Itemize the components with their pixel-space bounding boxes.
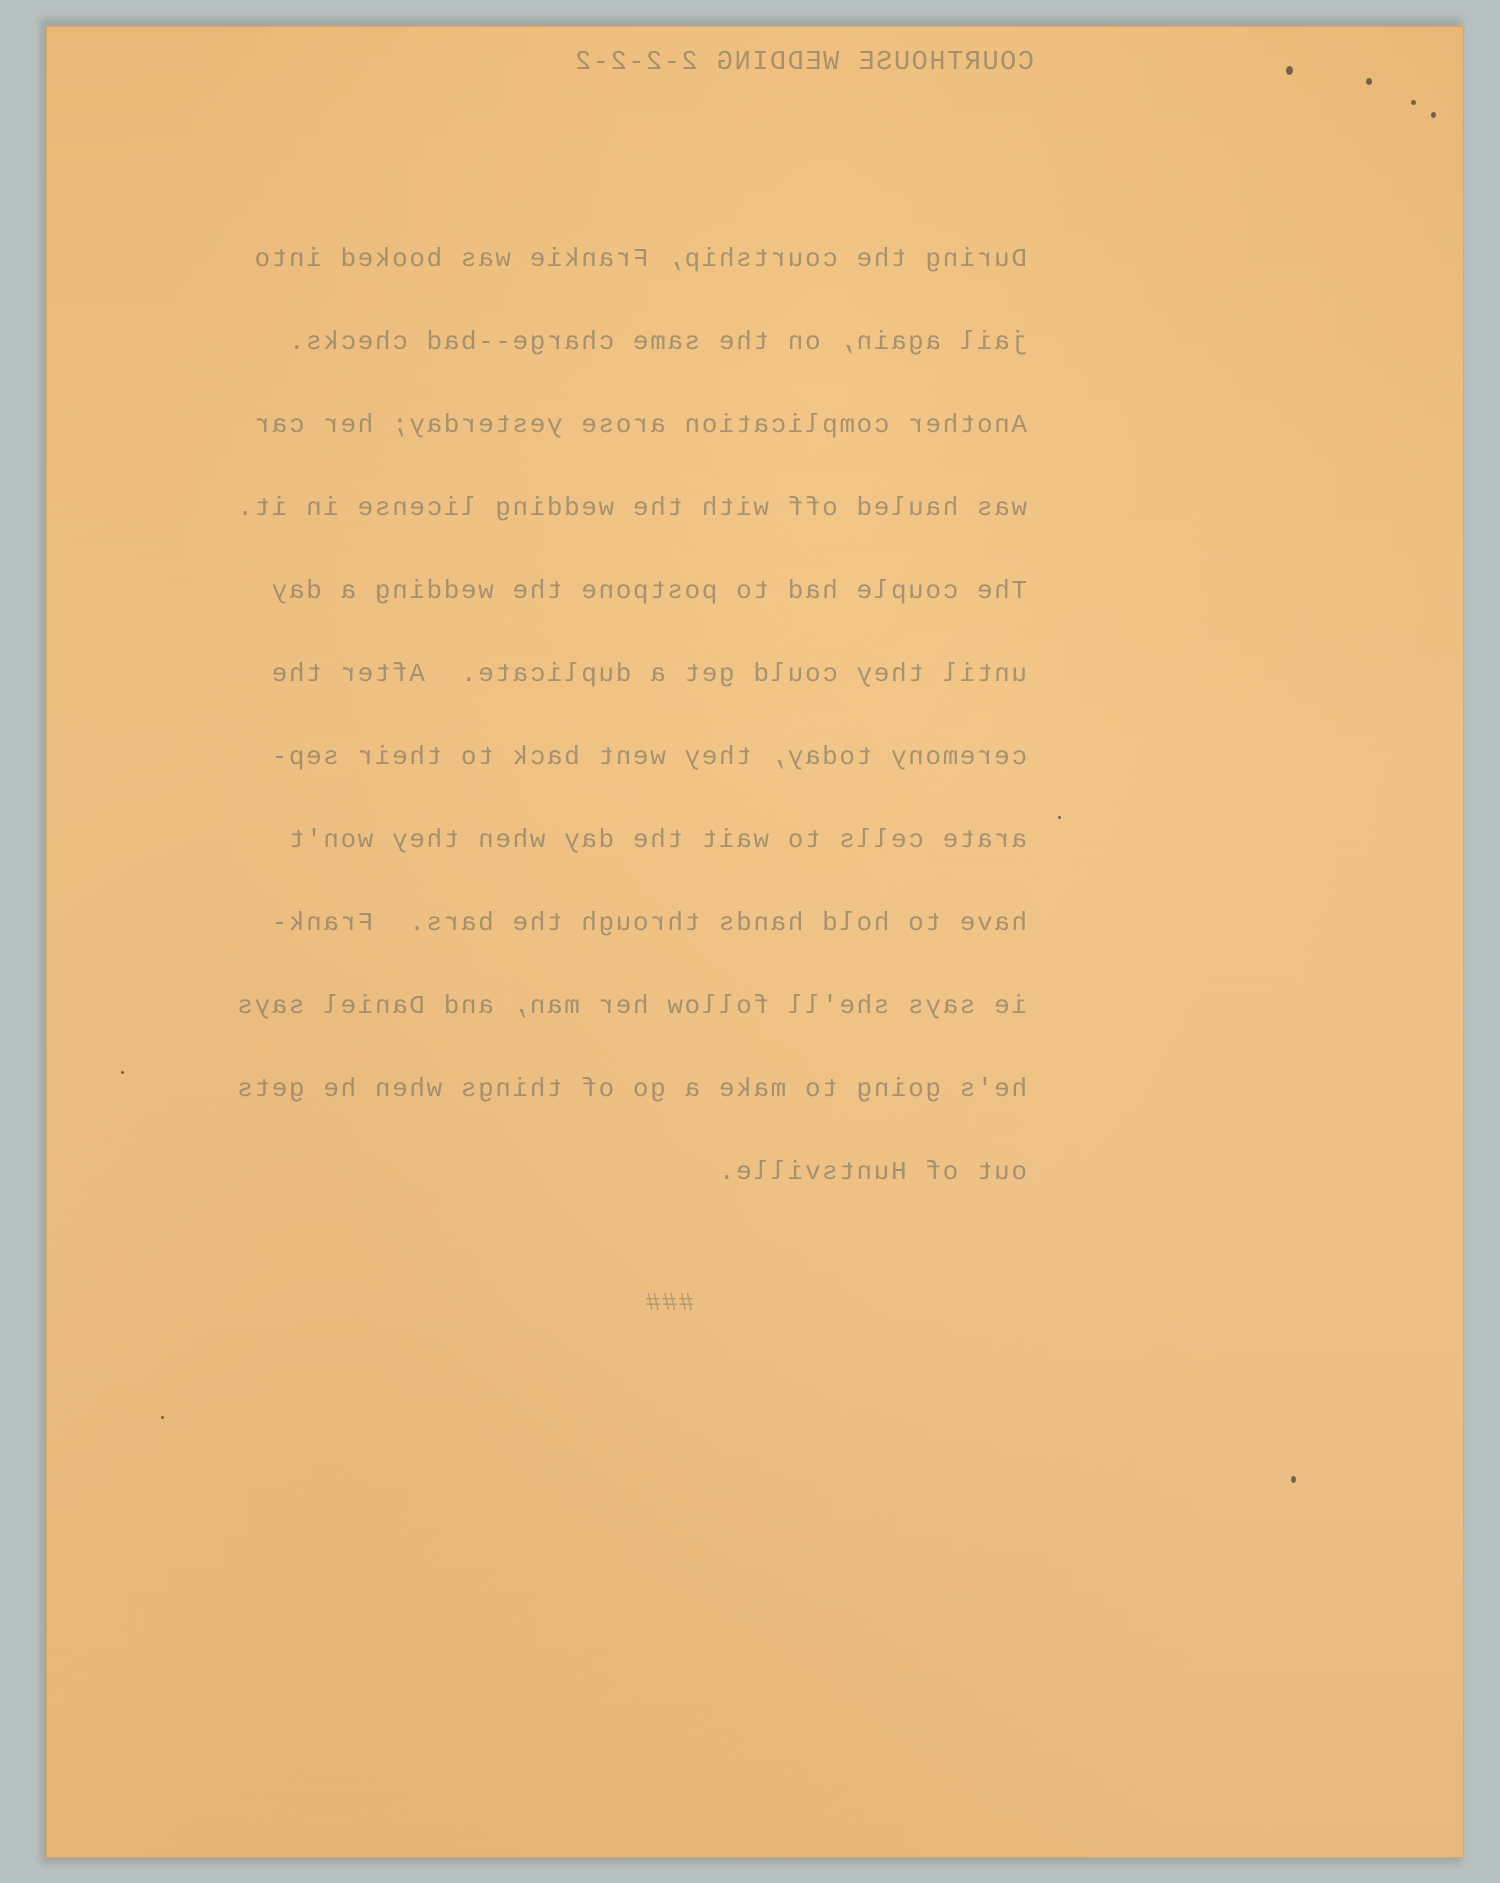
paper-speck [121,1071,124,1074]
end-mark: ### [644,1288,694,1318]
text-line: During the courtship, Frankie was booked… [207,239,1027,322]
paper-speck [1431,112,1436,118]
paper-speck [1058,816,1061,819]
text-line: ie says she'll follow her man, and Danie… [207,986,1027,1069]
typed-page: COURTHOUSE WEDDING 2-2-2-2 During the co… [46,26,1464,1858]
paper-speck [161,1416,164,1419]
page-header: COURTHOUSE WEDDING 2-2-2-2 [574,48,1034,78]
text-line: was hauled off with the wedding license … [207,488,1027,571]
text-line: jail again, on the same charge--bad chec… [207,322,1027,405]
paper-speck [1286,66,1293,75]
paper-speck [1291,1476,1296,1483]
text-line: out of Huntsville. [207,1152,1027,1235]
text-line: arate cells to wait the day when they wo… [207,820,1027,903]
text-line: ceremony today, they went back to their … [207,737,1027,820]
paper-speck [1411,100,1416,105]
body-text: During the courtship, Frankie was booked… [207,239,1027,1235]
text-line: have to hold hands through the bars. Fra… [207,903,1027,986]
text-line: until they could get a duplicate. After … [207,654,1027,737]
paper-speck [1366,78,1372,85]
text-line: The couple had to postpone the wedding a… [207,571,1027,654]
mirrored-text-layer: COURTHOUSE WEDDING 2-2-2-2 During the co… [46,26,1464,1858]
text-line: he's going to make a go of things when h… [207,1069,1027,1152]
text-line: Another complication arose yesterday; he… [207,405,1027,488]
